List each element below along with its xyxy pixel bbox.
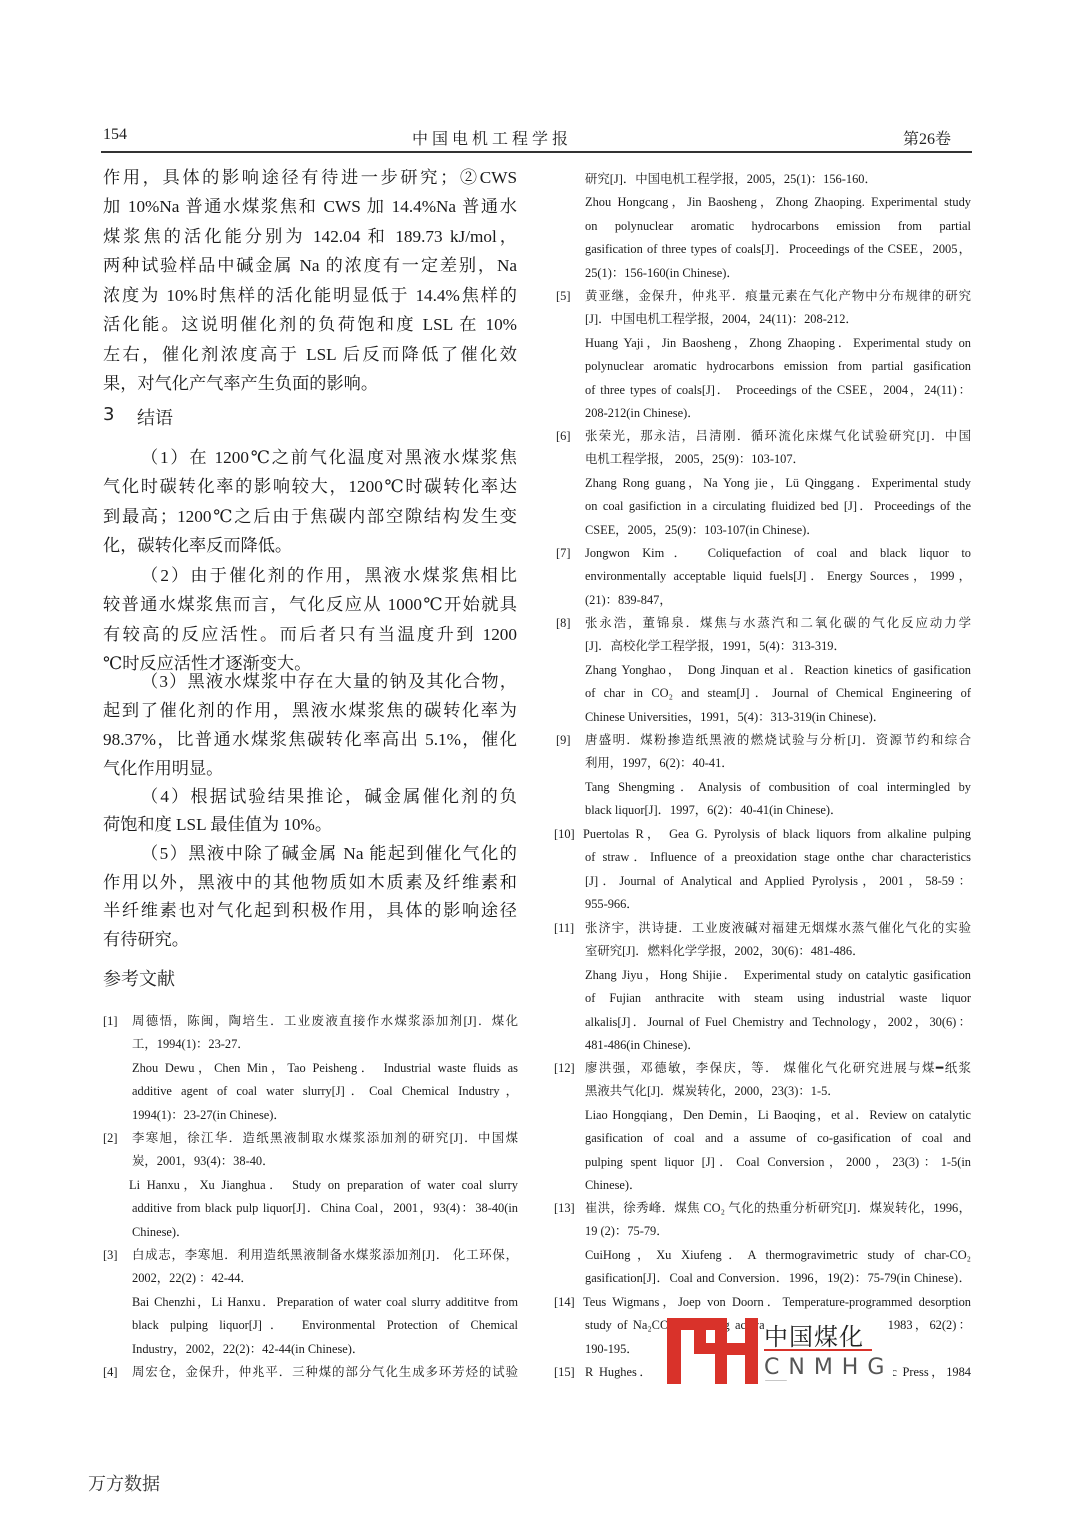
conclusion-line: （4）根据试验结果推论，碱金属催化剂的负 bbox=[103, 786, 517, 808]
reference-line: 工，1994(1)：23-27． bbox=[132, 1036, 518, 1052]
reference-line: 955-966． bbox=[585, 896, 971, 912]
reference-line: 481-486(in Chinese)． bbox=[585, 1037, 971, 1053]
reference-line: 唐盛明．煤粉掺造纸黑液的燃烧试验与分析[J]．资源节约和综合 bbox=[585, 732, 971, 748]
reference-line: 研究[J]．中国电机工程学报，2005，25(1)：156-160． bbox=[585, 171, 971, 187]
body-line: 左右，催化剂浓度高于 LSL 后反而降低了催化效 bbox=[103, 344, 517, 366]
conclusion-line: 气化时碳转化率的影响较大，1200℃时碳转化率达 bbox=[103, 476, 517, 498]
reference-line: Chinese)． bbox=[585, 1177, 971, 1193]
reference-number: [3] bbox=[103, 1247, 117, 1263]
reference-number: [2] bbox=[103, 1130, 117, 1146]
reference-line: 张永浩，董锦泉．煤焦与水蒸汽和二氧化碳的气化反应动力学 bbox=[585, 615, 971, 631]
section-title: 结语 bbox=[137, 404, 173, 430]
body-line: 作用，具体的影响途径有待进一步研究；②CWS bbox=[103, 167, 517, 189]
reference-line: Zhang Rong guang，Na Yong jie，Lü Qinggang… bbox=[585, 475, 971, 491]
reference-line: additive agent of coal water slurry[J]．C… bbox=[132, 1083, 518, 1099]
conclusion-line: （5）黑液中除了碱金属 Na 能起到催化气化的 bbox=[103, 843, 517, 865]
reference-line: alkalis[J]．Journal of Fuel Chemistry and… bbox=[585, 1014, 971, 1030]
reference-line: gasification of three types of coals[J]．… bbox=[585, 241, 971, 257]
reference-line: gasification of coal and a assume of co-… bbox=[585, 1130, 971, 1146]
reference-number: [10] bbox=[554, 826, 575, 842]
reference-line: 208-212(in Chinese)． bbox=[585, 405, 971, 421]
reference-line: 黑液共气化[J]．煤炭转化，2000，23(3)：1-5． bbox=[585, 1083, 971, 1099]
reference-line: Tang Shengming．Analysis of combusition o… bbox=[585, 779, 971, 795]
body-line: 煤浆焦的活化能分别为 142.04 和 189.73 kJ/mol， bbox=[103, 226, 517, 248]
reference-number: [11] bbox=[554, 920, 574, 936]
reference-line: 张荣光，那永洁，吕清刚．循环流化床煤气化试验研究[J]．中国 bbox=[585, 428, 971, 444]
reference-line: on polynuclear aromatic hydrocarbons emi… bbox=[585, 218, 971, 234]
reference-line: [J]．中国电机工程学报，2004，24(11)：208-212． bbox=[585, 311, 971, 327]
conclusion-line: 气化作用明显。 bbox=[103, 758, 517, 780]
body-line: 两种试验样品中碱金属 Na 的浓度有一定差别，Na bbox=[103, 255, 517, 277]
reference-line: 室研究[J]．燃料化学学报，2002，30(6)：481-486． bbox=[585, 943, 971, 959]
reference-line: of three types of coals[J]． Proceedings … bbox=[585, 382, 971, 398]
reference-line: 利用，1997，6(2)：40-41． bbox=[585, 755, 971, 771]
reference-line: 张济宇，洪诗捷．工业废液碱对福建无烟煤水蒸气催化气化的实验 bbox=[585, 920, 971, 936]
page-number: 154 bbox=[103, 126, 127, 144]
conclusion-line: （2）由于催化剂的作用，黑液水煤浆焦相比 bbox=[103, 565, 517, 587]
header-rule bbox=[101, 151, 972, 153]
conclusion-line: 有较高的反应活性。而后者只有当温度升到 1200 bbox=[103, 624, 517, 646]
body-line: 活化能。这说明催化剂的负荷饱和度 LSL 在 10% bbox=[103, 314, 517, 336]
reference-line: pulping spent liquor [J]．Coal Conversion… bbox=[585, 1154, 971, 1170]
conclusion-line: 化，碳转化率反而降低。 bbox=[103, 535, 517, 557]
reference-line: of char in CO₂ and steam[J]．Journal of C… bbox=[585, 685, 971, 701]
reference-number: [1] bbox=[103, 1013, 117, 1029]
reference-line: black pulping liquor[J]． Environmental P… bbox=[132, 1317, 518, 1333]
reference-number: [7] bbox=[556, 545, 570, 561]
reference-line: Bai Chenzhi，Li Hanxu．Preparation of wate… bbox=[132, 1294, 518, 1310]
reference-number: [6] bbox=[556, 428, 570, 444]
reference-line: Zhou Dewu，Chen Min，Tao Peisheng． Industr… bbox=[132, 1060, 518, 1076]
reference-line: 25(1)：156-160(in Chinese)． bbox=[585, 265, 971, 281]
reference-number: [9] bbox=[556, 732, 570, 748]
reference-line: 廖洪强，邓德敏，李保庆，等． 煤催化气化研究进展与煤━纸浆 bbox=[585, 1060, 971, 1076]
reference-number: [4] bbox=[103, 1364, 117, 1380]
conclusion-line: 到最高；1200℃之后由于焦碳内部空隙结构发生变 bbox=[103, 506, 517, 528]
conclusion-line: 荷饱和度 LSL 最佳值为 10%。 bbox=[103, 814, 517, 836]
conclusion-line: 有待研究。 bbox=[103, 929, 517, 951]
reference-line: 崔洪，徐秀峰．煤焦 CO₂ 气化的热重分析研究[J]．煤炭转化，1996， bbox=[585, 1200, 971, 1216]
reference-line: 2002，22(2) ：42-44． bbox=[132, 1270, 518, 1286]
reference-number: [12] bbox=[554, 1060, 575, 1076]
reference-line: Huang Yaji，Jin Baosheng，Zhong Zhaoping．E… bbox=[585, 335, 971, 351]
reference-line: 电机工程学报， 2005，25(9)：103-107． bbox=[585, 451, 971, 467]
conclusion-line: 98.37%，比普通水煤浆焦碳转化率高出 5.1%，催化 bbox=[103, 729, 517, 751]
reference-line: Jongwon Kim． Coliquefaction of coal and … bbox=[585, 545, 971, 561]
section-number: 3 bbox=[103, 404, 114, 425]
logo-divider bbox=[764, 1349, 872, 1351]
reference-line: 黄亚继，金保升，仲兆平．痕量元素在气化产物中分布规律的研究 bbox=[585, 288, 971, 304]
reference-line: Chinese Universities，1991，5(4)：313-319(i… bbox=[585, 709, 971, 725]
reference-line: Zhang Yonghao， Dong Jinquan et al．Reacti… bbox=[585, 662, 971, 678]
reference-line: 周德悟，陈闽，陶培生．工业废液直接作水煤浆添加剂[J]．煤化 bbox=[132, 1013, 518, 1029]
conclusion-line: （3）黑液水煤浆中存在大量的钠及其化合物， bbox=[103, 671, 517, 693]
reference-line: on coal gasifiction in a circulating flu… bbox=[585, 498, 971, 514]
reference-line: [J]．Journal of Analytical and Applied Py… bbox=[585, 873, 971, 889]
source-footer: 万方数据 bbox=[88, 1470, 160, 1496]
reference-number: [15] bbox=[554, 1364, 575, 1380]
reference-line: Li Hanxu，Xu Jianghua． Study on preparati… bbox=[129, 1177, 518, 1193]
reference-line: 19 (2)：75-79． bbox=[585, 1223, 971, 1239]
reference-line: 炭，2001，93(4)：38-40． bbox=[132, 1153, 518, 1169]
reference-line: 1994(1)：23-27(in Chinese)． bbox=[132, 1107, 518, 1123]
body-line: 浓度为 10%时焦样的活化能明显低于 14.4%焦样的 bbox=[103, 285, 517, 307]
reference-line: 白成志，李寒旭．利用造纸黑液制备水煤浆添加剂[J]． 化工环保， bbox=[132, 1247, 518, 1263]
reference-line: 李寒旭，徐江华．造纸黑液制取水煤浆添加剂的研究[J]．中国煤 bbox=[132, 1130, 518, 1146]
reference-line: CuiHong，Xu Xiufeng．A thermogravimetric s… bbox=[585, 1247, 971, 1263]
reference-line: black liquor[J]．1997，6(2)：40-41(in Chine… bbox=[585, 802, 971, 818]
reference-line: Liao Hongqiang，Den Demin，Li Baoqing，et a… bbox=[585, 1107, 971, 1123]
references-title: 参考文献 bbox=[103, 965, 175, 991]
reference-line: of Fujian anthracite with steam using in… bbox=[585, 990, 971, 1006]
reference-line: Industry，2002，22(2)：42-44(in Chinese)． bbox=[132, 1341, 518, 1357]
reference-line: Teus Wigmans，Joep von Doorn．Temperature-… bbox=[583, 1294, 971, 1310]
reference-line: Zhou Hongcang，Jin Baosheng，Zhong Zhaopin… bbox=[585, 194, 971, 210]
cnmhg-watermark-logo: 中国煤化工 CNMHG bbox=[667, 1318, 881, 1388]
journal-title: 中 国 电 机 工 程 学 报 bbox=[412, 126, 568, 149]
conclusion-line: 较普通水煤浆焦而言，气化反应从 1000℃开始就具 bbox=[103, 594, 517, 616]
reference-number: [13] bbox=[554, 1200, 575, 1216]
volume-label: 第26卷 bbox=[903, 126, 951, 149]
conclusion-line: 作用以外，黑液中的其他物质如木质素及纤维素和 bbox=[103, 872, 517, 894]
reference-line: gasification[J]．Coal and Conversion．1996… bbox=[585, 1270, 971, 1286]
reference-line: Zhang Jiyu，Hong Shijie． Experimental stu… bbox=[585, 967, 971, 983]
conclusion-line: 半纤维素也对气化起到积极作用，具体的影响途径 bbox=[103, 900, 517, 922]
reference-line: polynuclear aromatic hydrocarbons emissi… bbox=[585, 358, 971, 374]
reference-line: Puertolas R， Gea G. Pyrolysis of black l… bbox=[583, 826, 971, 842]
logo-h-right-bar bbox=[745, 1318, 758, 1384]
reference-line: additive from black pulp liquor[J]．China… bbox=[132, 1200, 518, 1216]
conclusion-line: （1）在 1200℃之前气化温度对黑液水煤浆焦 bbox=[103, 447, 517, 469]
reference-line: environmentally acceptable liquid fuels[… bbox=[585, 568, 971, 584]
logo-text-en: CNMHG bbox=[764, 1355, 893, 1380]
reference-number: [14] bbox=[554, 1294, 575, 1310]
reference-number: [8] bbox=[556, 615, 570, 631]
reference-line: of straw．Influence of a preoxidation sta… bbox=[585, 849, 971, 865]
body-line: 果，对气化产气率产生负面的影响。 bbox=[103, 373, 517, 395]
reference-line: (21)：839-847， bbox=[585, 592, 971, 608]
reference-line: Chinese)． bbox=[132, 1224, 518, 1240]
reference-number: [5] bbox=[556, 288, 570, 304]
body-line: 加 10%Na 普通水煤浆焦和 CWS 加 14.4%Na 普通水 bbox=[103, 196, 517, 218]
reference-line: 周宏仓，金保升，仲兆平．三种煤的部分气化生成多环芳烃的试验 bbox=[132, 1364, 518, 1380]
reference-line: [J]．高校化学工程学报，1991，5(4)：313-319． bbox=[585, 638, 971, 654]
reference-line: CSEE，2005，25(9)：103-107(in Chinese)． bbox=[585, 522, 971, 538]
conclusion-line: 起到了催化剂的作用，黑液水煤浆焦的碳转化率为 bbox=[103, 700, 517, 722]
